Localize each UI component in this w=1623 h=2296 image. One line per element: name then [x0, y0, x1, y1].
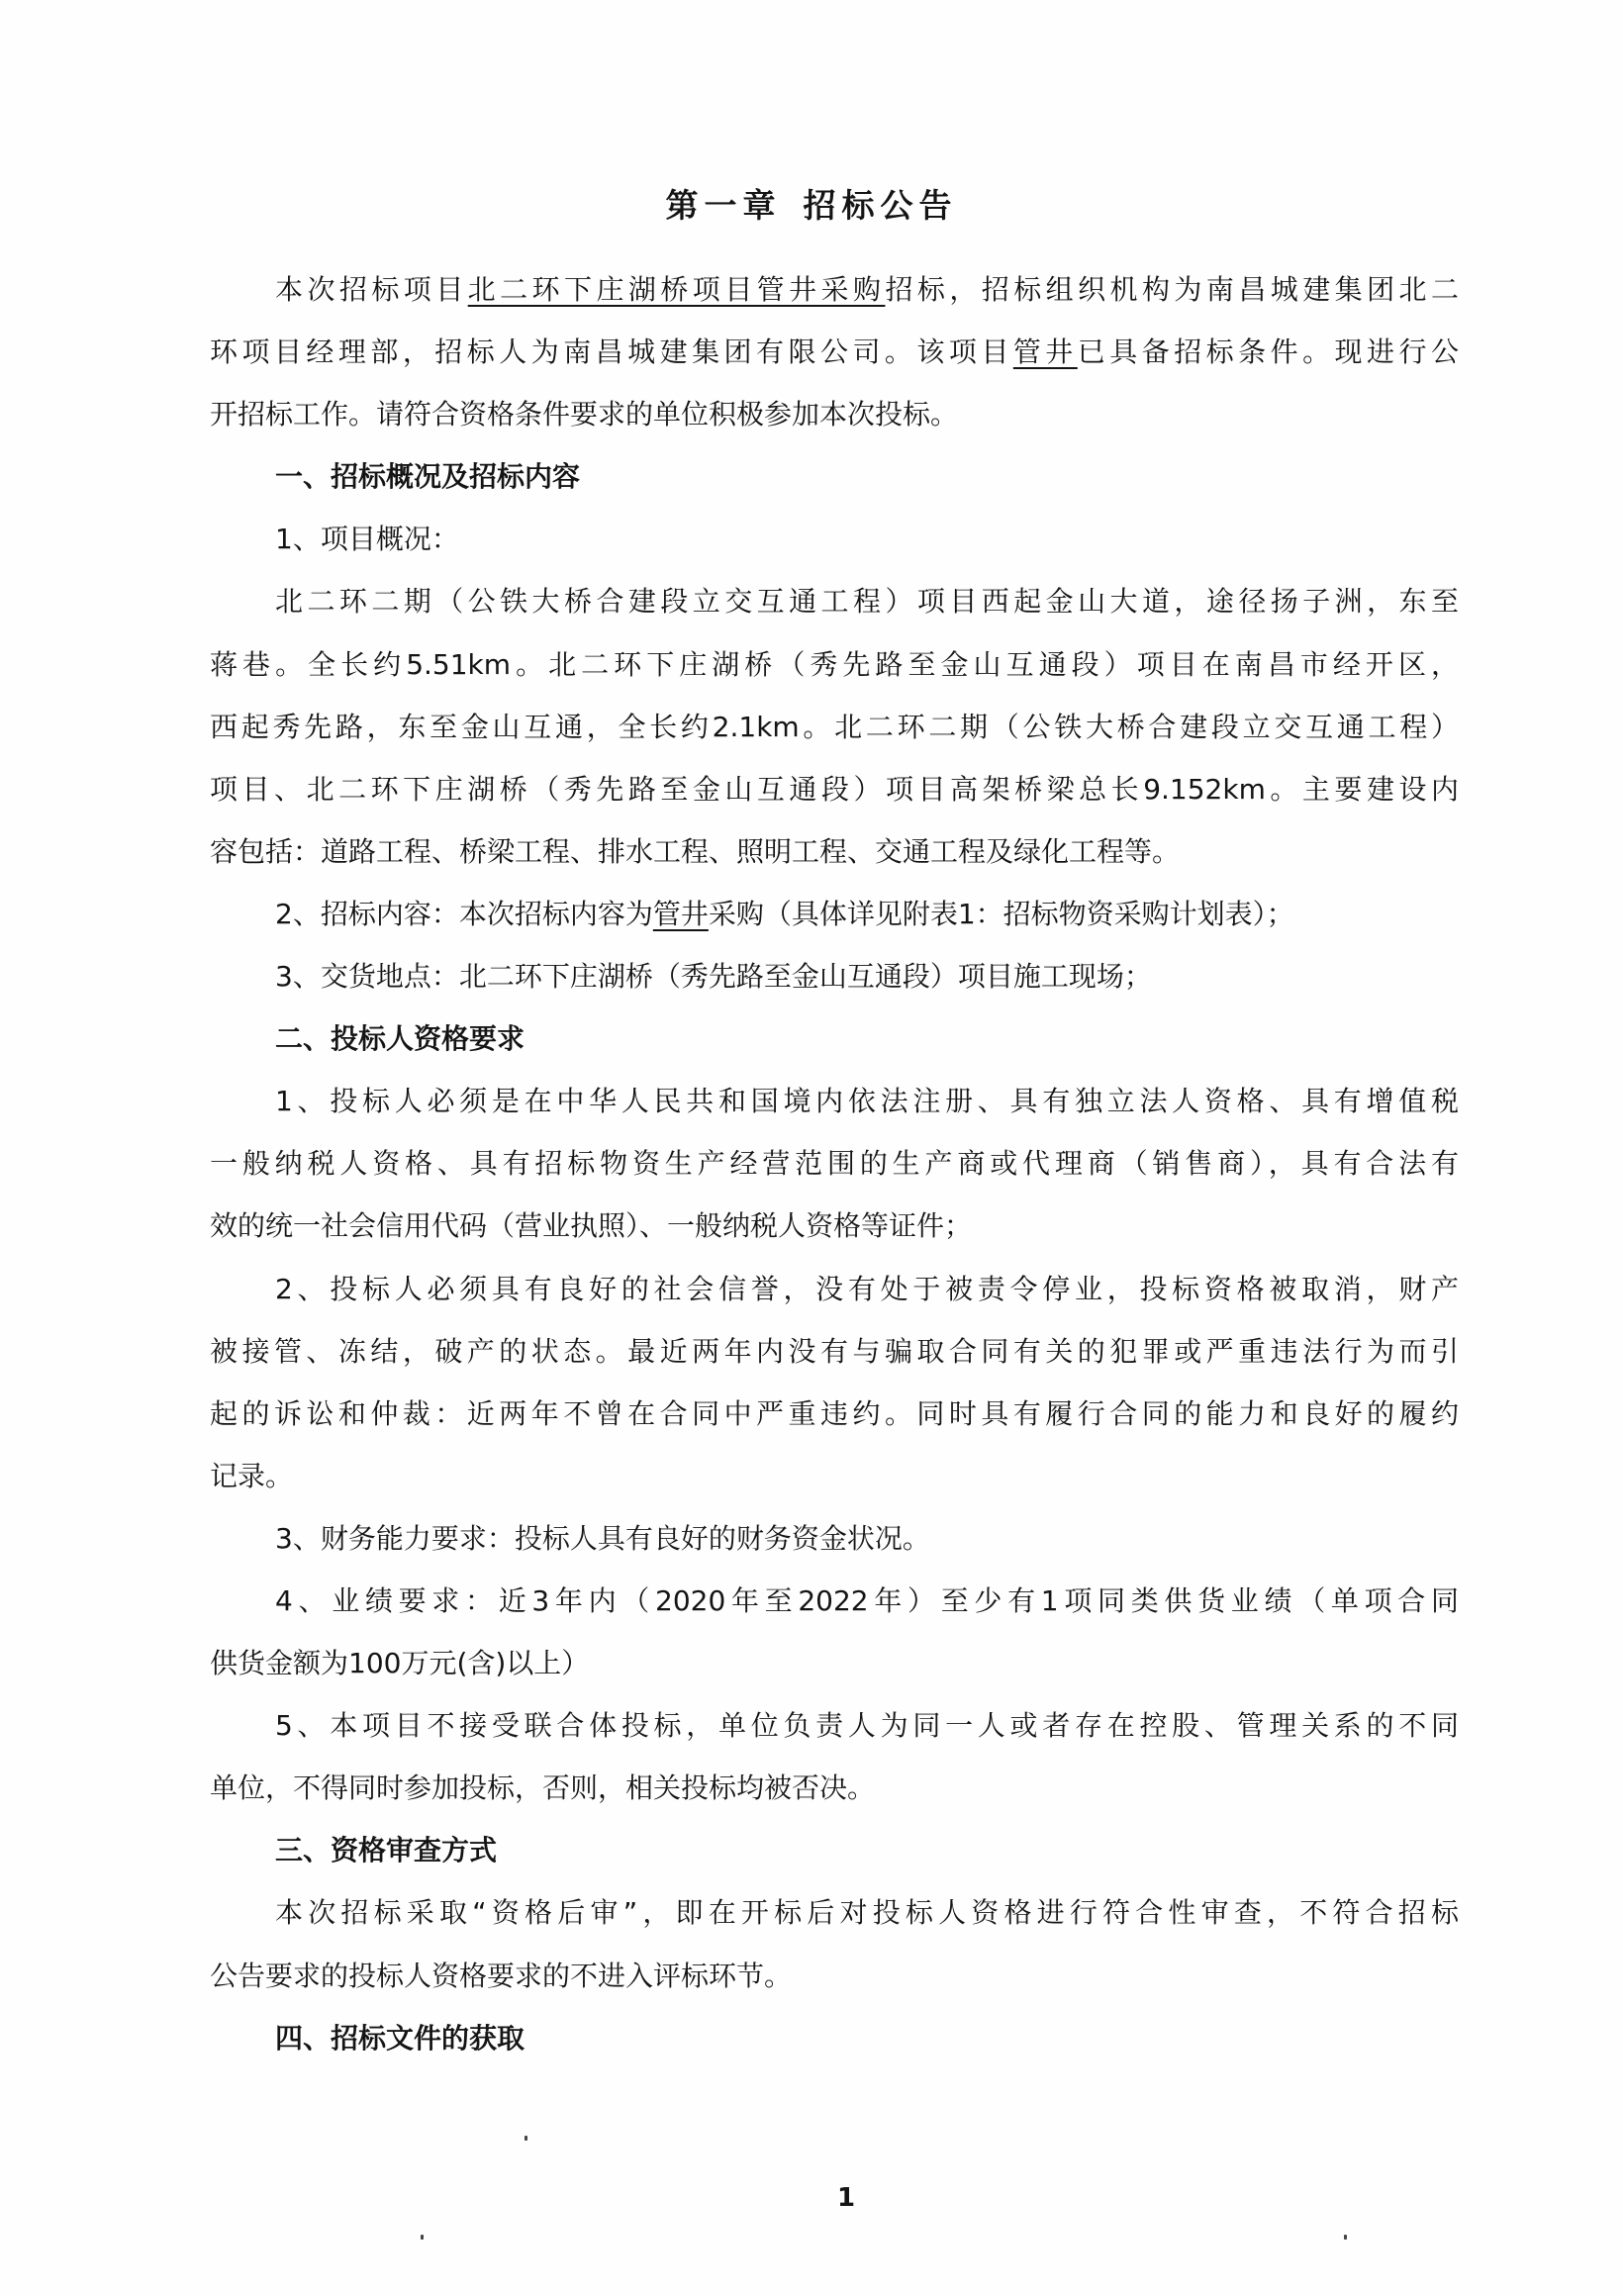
- intro-line-2: 环项目经理部，招标人为南昌城建集团有限公司。该项目管井已具备招标条件。现进行公: [210, 333, 1459, 395]
- item-text: 2、招标内容：本次招标内容为: [275, 898, 653, 930]
- requirement-line: 单位，不得同时参加投标，否则，相关投标均被否决。: [210, 1769, 1459, 1831]
- overview-line: 蒋巷。全长约5.51km。北二环下庄湖桥（秀先路至金山互通段）项目在南昌市经开区…: [210, 645, 1459, 708]
- overview-line: 容包括：道路工程、桥梁工程、排水工程、照明工程、交通工程及绿化工程等。: [210, 832, 1459, 895]
- chapter-name: 招标公告: [804, 186, 958, 225]
- scanned-page: 第一章招标公告 本次招标项目北二环下庄湖桥项目管井采购招标，招标组织机构为南昌城…: [0, 0, 1623, 2296]
- item-1-heading: 1、项目概况：: [210, 520, 1459, 582]
- intro-line-3: 开招标工作。请符合资格条件要求的单位积极参加本次投标。: [210, 395, 1459, 457]
- intro-text: 环项目经理部，招标人为南昌城建集团有限公司。该项目: [210, 335, 1013, 368]
- item-3-delivery: 3、交货地点：北二环下庄湖桥（秀先路至金山互通段）项目施工现场；: [210, 957, 1459, 1019]
- requirement-line: 一般纳税人资格、具有招标物资生产经营范围的生产商或代理商（销售商），具有合法有: [210, 1144, 1459, 1206]
- requirement-line: 5、本项目不接受联合体投标，单位负责人为同一人或者存在控股、管理关系的不同: [210, 1706, 1459, 1769]
- requirement-line: 起的诉讼和仲裁：近两年不曾在合同中严重违约。同时具有履行合同的能力和良好的履约: [210, 1394, 1459, 1457]
- requirement-line: 效的统一社会信用代码（营业执照）、一般纳税人资格等证件；: [210, 1206, 1459, 1269]
- intro-text: 本次招标项目: [275, 273, 468, 306]
- material-underlined: 管井: [653, 898, 709, 930]
- intro-text: 已具备招标条件。现进行公: [1078, 335, 1459, 368]
- scan-speck: [421, 2235, 424, 2240]
- chapter-number: 第一章: [666, 186, 782, 225]
- section-3-heading: 三、资格审查方式: [210, 1831, 1459, 1893]
- overview-line: 北二环二期（公铁大桥合建段立交互通工程）项目西起金山大道，途径扬子洲，东至: [210, 582, 1459, 644]
- item-2-content: 2、招标内容：本次招标内容为管井采购（具体详见附表1：招标物资采购计划表）；: [210, 895, 1459, 957]
- scan-speck: [525, 2136, 527, 2141]
- requirement-line: 1、投标人必须是在中华人民共和国境内依法注册、具有独立法人资格、具有增值税: [210, 1082, 1459, 1144]
- item-text: 采购（具体详见附表1：招标物资采购计划表）；: [709, 898, 1294, 930]
- review-line: 公告要求的投标人资格要求的不进入评标环节。: [210, 1957, 1459, 2019]
- page-number: 1: [837, 2183, 855, 2213]
- material-underlined: 管井: [1013, 335, 1078, 368]
- section-1-heading: 一、招标概况及招标内容: [210, 457, 1459, 520]
- requirement-line: 2、投标人必须具有良好的社会信誉，没有处于被责令停业，投标资格被取消，财产: [210, 1270, 1459, 1332]
- document-body: 本次招标项目北二环下庄湖桥项目管井采购招标，招标组织机构为南昌城建集团北二 环项…: [210, 270, 1459, 2081]
- scan-speck: [1344, 2235, 1347, 2240]
- section-2-heading: 二、投标人资格要求: [210, 1019, 1459, 1082]
- overview-line: 西起秀先路，东至金山互通，全长约2.1km。北二环二期（公铁大桥合建段立交互通工…: [210, 708, 1459, 770]
- intro-text: 招标，招标组织机构为南昌城建集团北二: [885, 273, 1459, 306]
- requirement-line: 3、财务能力要求：投标人具有良好的财务资金状况。: [210, 1519, 1459, 1581]
- requirement-line: 4、业绩要求：近3年内（2020年至2022年）至少有1项同类供货业绩（单项合同: [210, 1581, 1459, 1644]
- review-line: 本次招标采取“资格后审”，即在开标后对投标人资格进行符合性审查，不符合招标: [210, 1893, 1459, 1956]
- requirement-line: 记录。: [210, 1457, 1459, 1519]
- project-name-underlined: 北二环下庄湖桥项目管井采购: [468, 273, 886, 306]
- requirement-line: 被接管、冻结，破产的状态。最近两年内没有与骗取合同有关的犯罪或严重违法行为而引: [210, 1332, 1459, 1394]
- section-4-heading: 四、招标文件的获取: [210, 2019, 1459, 2081]
- intro-line-1: 本次招标项目北二环下庄湖桥项目管井采购招标，招标组织机构为南昌城建集团北二: [210, 270, 1459, 333]
- requirement-line: 供货金额为100万元(含)以上）: [210, 1644, 1459, 1706]
- chapter-title: 第一章招标公告: [0, 182, 1623, 230]
- overview-line: 项目、北二环下庄湖桥（秀先路至金山互通段）项目高架桥梁总长9.152km。主要建…: [210, 770, 1459, 832]
